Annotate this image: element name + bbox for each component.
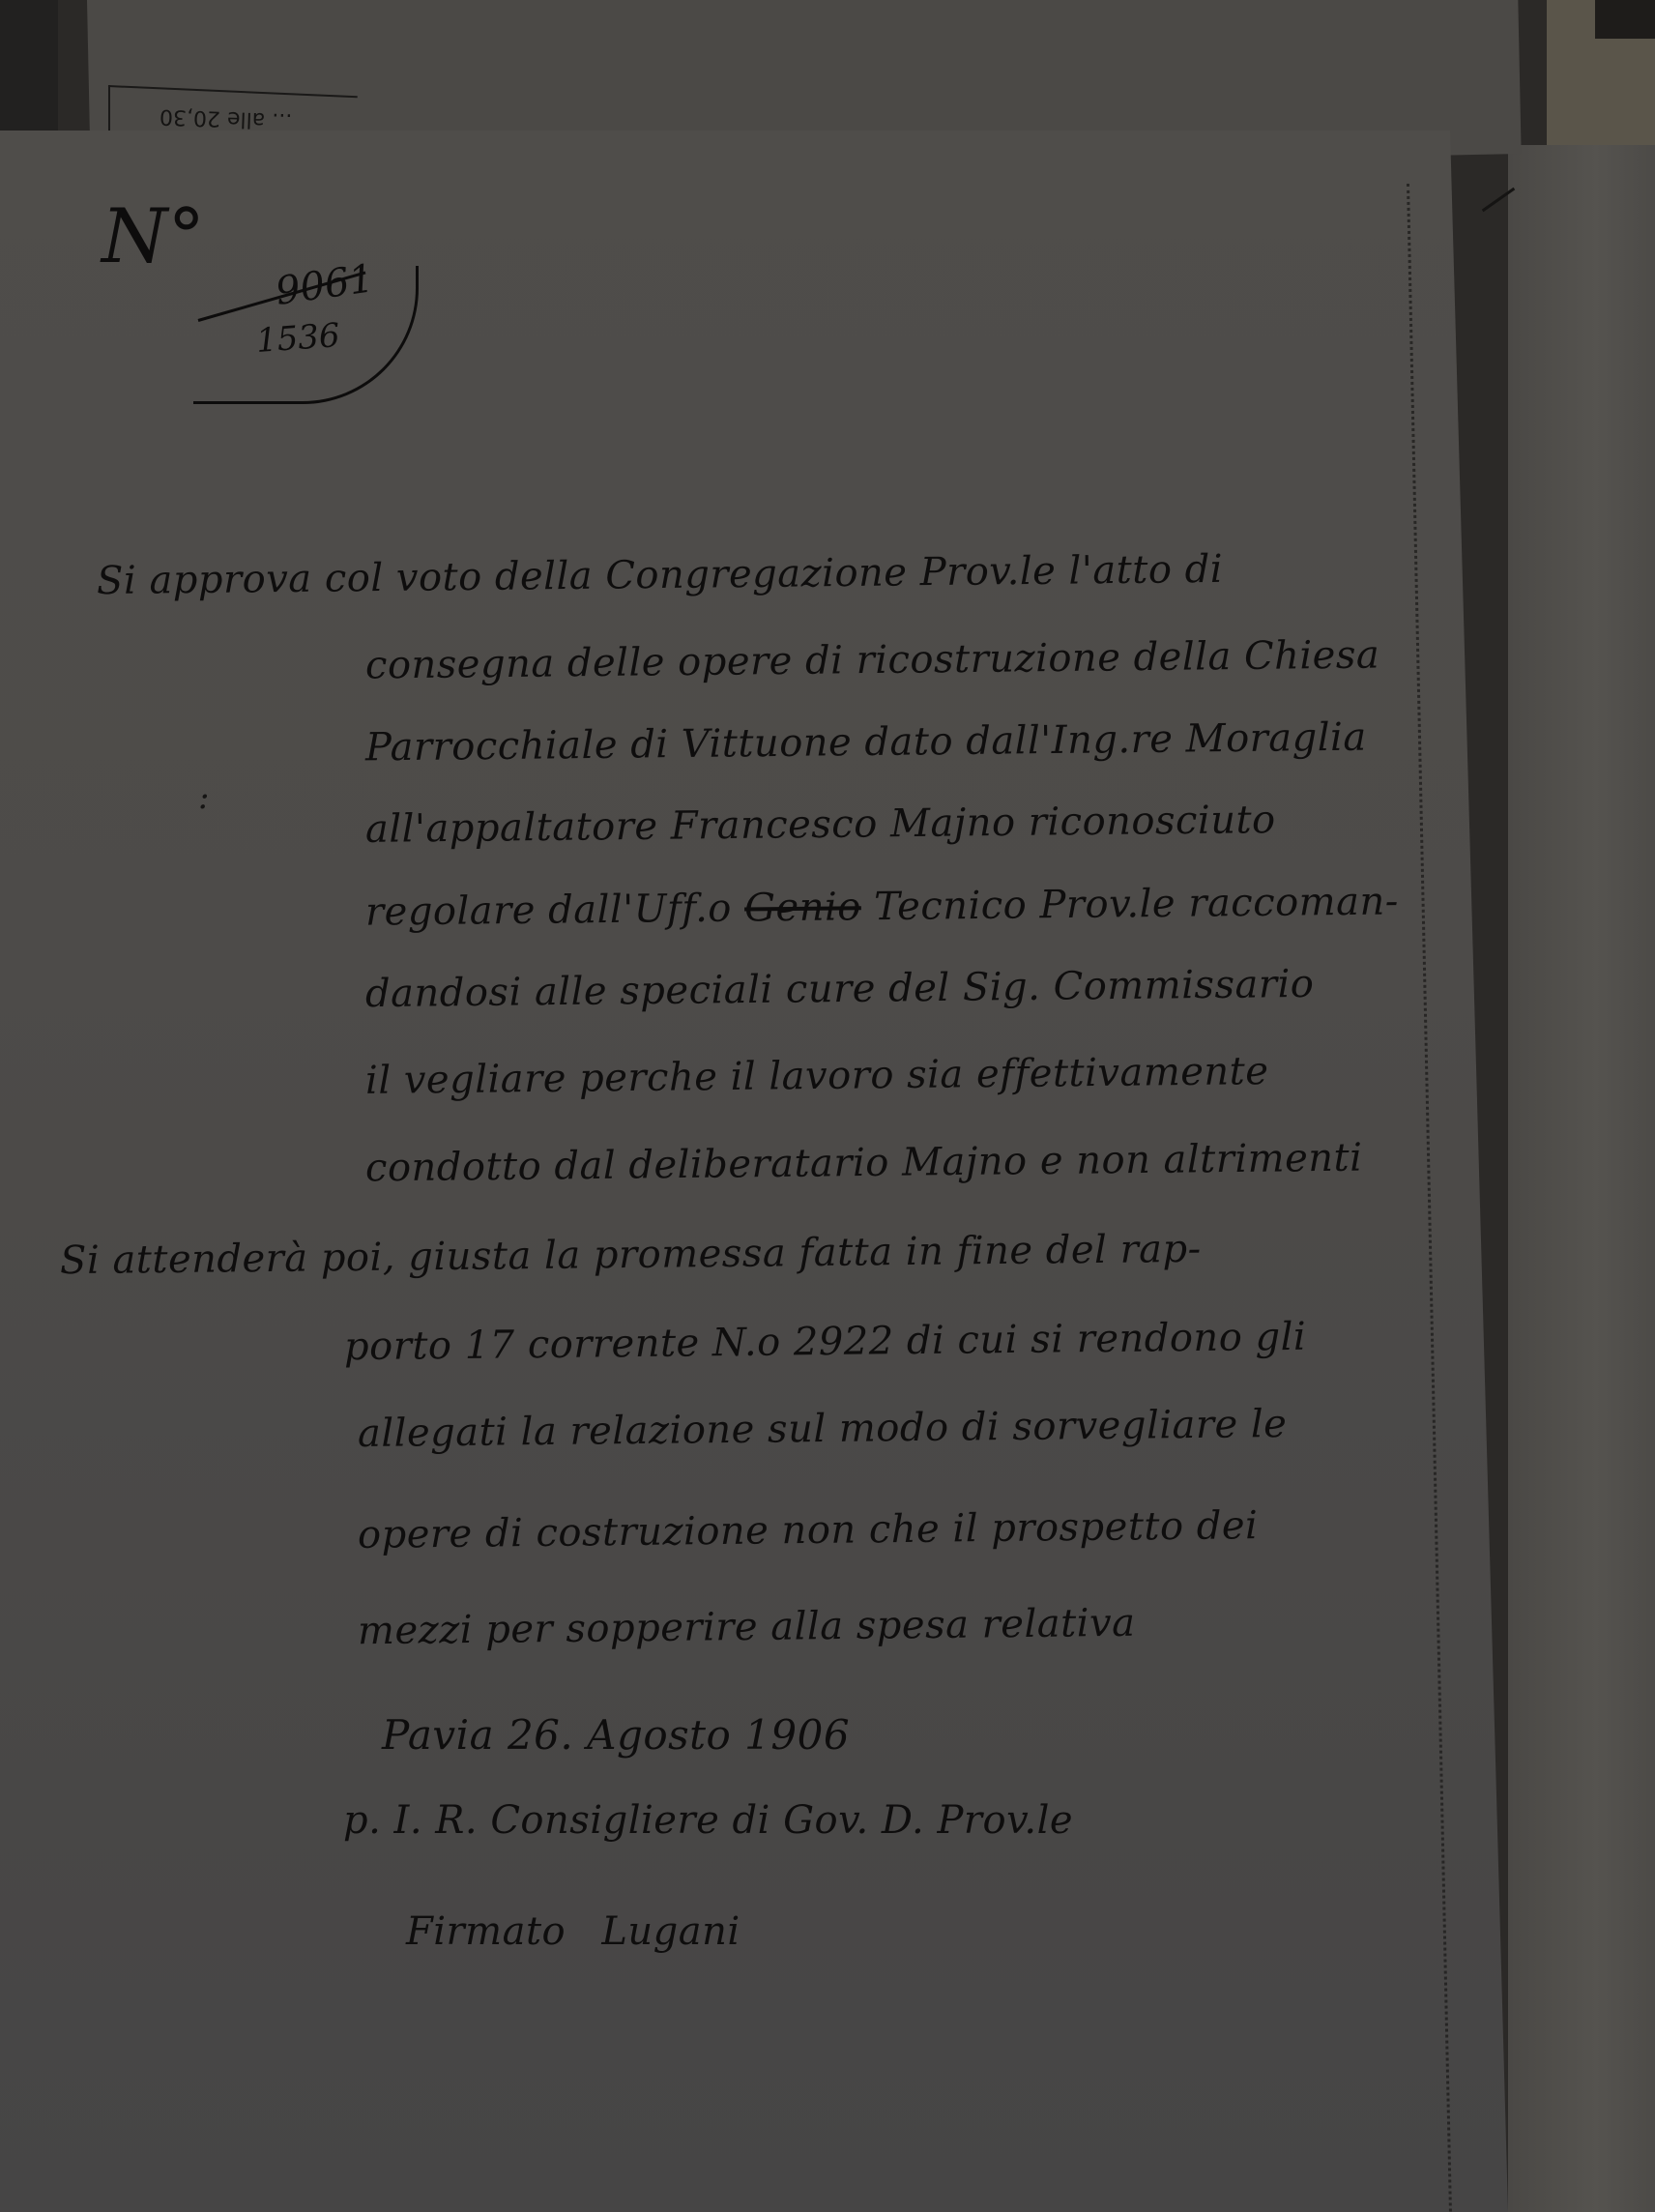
body-line-13: mezzi per sopperire alla spesa relativa — [358, 1601, 1136, 1653]
background-dark-edge — [0, 0, 58, 140]
background-paper-right — [1508, 145, 1655, 2212]
body-line-5-end: Tecnico Prov.le raccoman- — [874, 879, 1399, 929]
signed-label: Firmato — [406, 1909, 566, 1954]
issuing-office: p. I. R. Consigliere di Gov. D. Prov.le — [343, 1798, 1073, 1843]
signatory-name: Lugani — [601, 1909, 740, 1954]
body-line-5-start: regolare dall'Uff.o — [365, 887, 732, 935]
background-corner — [1595, 0, 1655, 39]
form-border-vertical — [108, 85, 110, 135]
protocol-number-mark: N° 9061 1536 — [102, 174, 469, 406]
body-line-4: all'appaltatore Francesco Majno riconosc… — [365, 798, 1276, 852]
struck-word: Genio — [744, 885, 861, 930]
signature-block: Firmato Lugani — [406, 1909, 740, 1954]
body-line-7: il vegliare perche il lavoro sia effetti… — [365, 1049, 1269, 1103]
form-upside-down-text: ... alle 20,30 — [160, 104, 293, 133]
body-line-12: opere di costruzione non che il prospett… — [358, 1503, 1259, 1557]
place-and-date: Pavia 26. Agosto 1906 — [382, 1711, 850, 1759]
protocol-flourish — [193, 266, 419, 404]
protocol-prefix: N° — [102, 193, 205, 280]
margin-mark: : — [198, 778, 209, 817]
